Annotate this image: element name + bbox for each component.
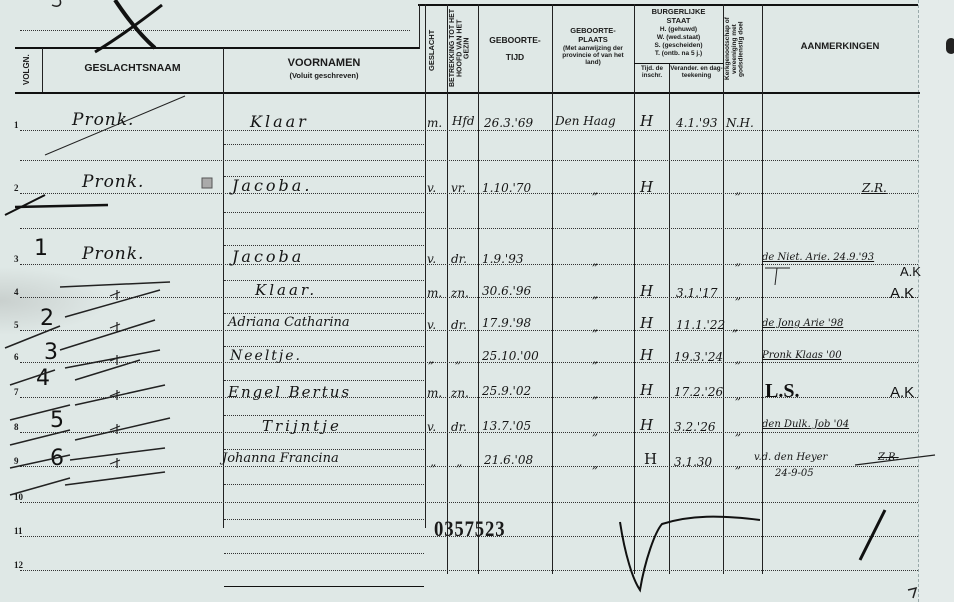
strike-line: [60, 282, 170, 287]
slash-mark: [860, 510, 885, 560]
check-mark: [620, 517, 760, 590]
strike-line: [45, 96, 185, 155]
pen-marks: [0, 0, 954, 602]
strike-line: [5, 195, 45, 215]
strike-line: [15, 205, 108, 207]
